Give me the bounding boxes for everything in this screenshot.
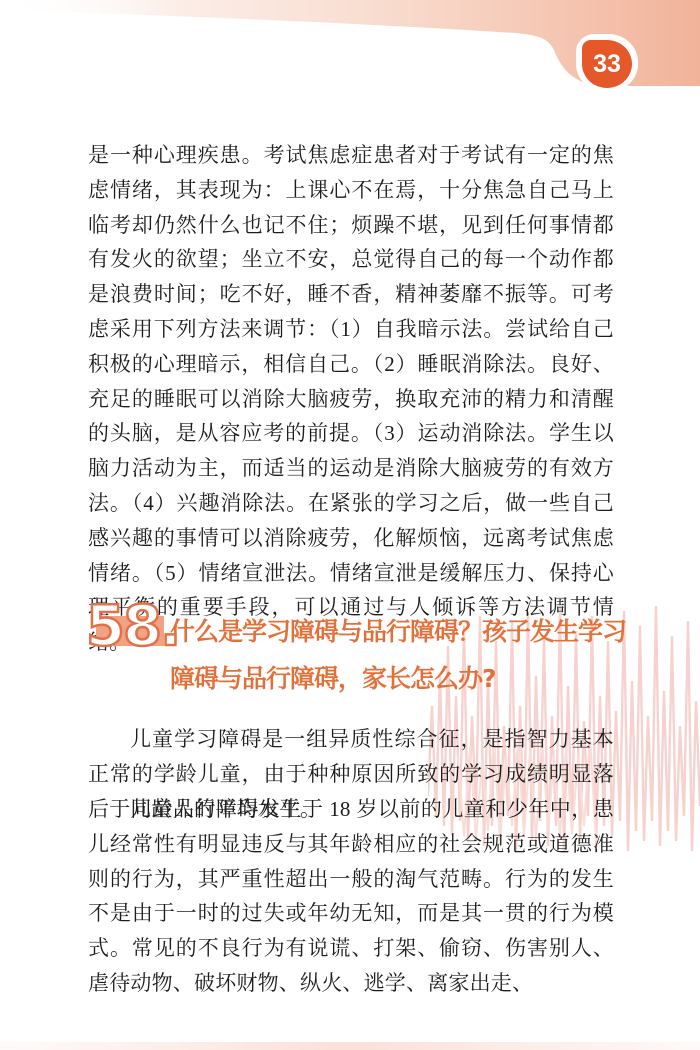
page-content: 是一种心理疾患。考试焦虑症患者对于考试有一定的焦虑情绪，其表现为：上课心不在焉，… [0,0,700,1050]
question-title-line1: 什么是学习障碍与品行障碍？孩子发生学习 [170,608,626,655]
paragraph-exam-anxiety: 是一种心理疾患。考试焦虑症患者对于考试有一定的焦虑情绪，其表现为：上课心不在焉，… [88,138,614,660]
section-heading: 58. 什么是学习障碍与品行障碍？孩子发生学习 障碍与品行障碍，家长怎么办? [86,596,646,702]
question-number: 58. [86,596,179,658]
question-title-line2: 障碍与品行障碍，家长怎么办? [170,655,626,702]
paragraph-conduct-disorder: 儿童品行障碍发生于 18 岁以前的儿童和少年中，患儿经常性有明显违反与其年龄相应… [88,792,614,1001]
question-title: 什么是学习障碍与品行障碍？孩子发生学习 障碍与品行障碍，家长怎么办? [170,596,626,702]
question-number-block: 58. [86,596,170,666]
